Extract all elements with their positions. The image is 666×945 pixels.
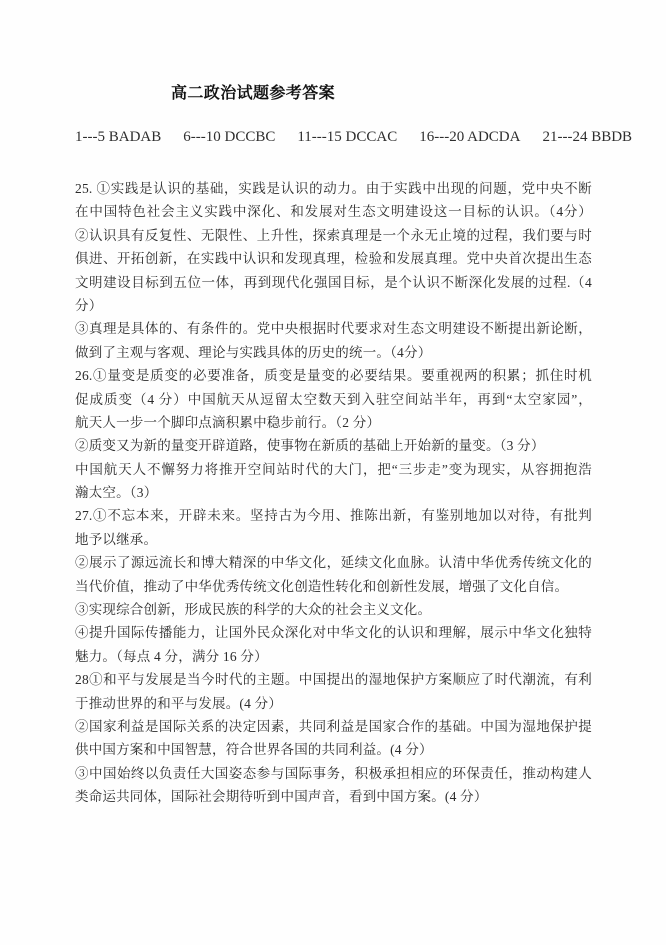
text-line: 28①和平与发展是当今时代的主题。中国提出的湿地保护方案顺应了时代潮流，有利 bbox=[75, 668, 592, 691]
answer-key-segment: 1---5 BADAB bbox=[75, 129, 161, 146]
text-line: 瀚太空。（3） bbox=[75, 481, 592, 504]
text-line: 俱进、开拓创新，在实践中认识和发现真理，检验和发展真理。党中央首次提出生态 bbox=[75, 247, 592, 270]
text-line: 航天人一步一个脚印点滴积累中稳步前行。（2 分） bbox=[75, 411, 592, 434]
text-line: 26.①量变是质变的必要准备，质变是量变的必要结果。要重视两的积累；抓住时机 bbox=[75, 364, 592, 387]
question-27-block: 27.①不忘本来，开辟未来。坚持古为今用、推陈出新，有鉴别地加以对待，有批判 地… bbox=[75, 504, 592, 668]
question-26-block: 26.①量变是质变的必要准备，质变是量变的必要结果。要重视两的积累；抓住时机 促… bbox=[75, 364, 592, 504]
text-line: 于推动世界的和平与发展。(4 分） bbox=[75, 692, 592, 715]
text-line: ②国家利益是国际关系的决定因素，共同利益是国家合作的基础。中国为湿地保护提 bbox=[75, 715, 592, 738]
answers-body: 25. ①实践是认识的基础，实践是认识的动力。由于实践中出现的问题，党中央不断 … bbox=[75, 177, 592, 809]
text-line: 魅力。（每点 4 分，满分 16 分） bbox=[75, 645, 592, 668]
page-title: 高二政治试题参考答案 bbox=[171, 80, 335, 103]
text-line: ②认识具有反复性、无限性、上升性，探索真理是一个永无止境的过程，我们要与时 bbox=[75, 224, 592, 247]
question-25-block: 25. ①实践是认识的基础，实践是认识的动力。由于实践中出现的问题，党中央不断 … bbox=[75, 177, 592, 364]
text-line: 中国航天人不懈努力将推开空间站时代的大门，把“三步走”变为现实，从容拥抱浩 bbox=[75, 458, 592, 481]
text-line: ③实现综合创新，形成民族的科学的大众的社会主义文化。 bbox=[75, 598, 592, 621]
answer-key-segment: 11---15 DCCAC bbox=[297, 129, 397, 146]
answer-key-segment: 6---10 DCCBC bbox=[183, 129, 275, 146]
text-line: ④提升国际传播能力，让国外民众深化对中华文化的认识和理解，展示中华文化独特 bbox=[75, 621, 592, 644]
answer-key-segment: 16---20 ADCDA bbox=[419, 129, 520, 146]
text-line: 在中国特色社会主义实践中深化、和发展对生态文明建设这一目标的认识。（4分） bbox=[75, 200, 592, 223]
text-line: ③中国始终以负责任大国姿态参与国际事务，积极承担相应的环保责任，推动构建人 bbox=[75, 762, 592, 785]
text-line: 分） bbox=[75, 294, 592, 317]
text-line: 27.①不忘本来，开辟未来。坚持古为今用、推陈出新，有鉴别地加以对待，有批判 bbox=[75, 504, 592, 527]
answer-key-segment: 21---24 BBDB bbox=[542, 129, 632, 146]
text-line: 促成质变（4 分）中国航天从逗留太空数天到入驻空间站半年，再到“太空家园”， bbox=[75, 388, 592, 411]
text-line: ②展示了源远流长和博大精深的中华文化，延续文化血脉。认清中华优秀传统文化的 bbox=[75, 551, 592, 574]
text-line: 类命运共同体，国际社会期待听到中国声音，看到中国方案。(4 分） bbox=[75, 785, 592, 808]
text-line: 当代价值，推动了中华优秀传统文化创造性转化和创新性发展，增强了文化自信。 bbox=[75, 575, 592, 598]
text-line: 做到了主观与客观、理论与实践具体的历史的统一。（4分） bbox=[75, 341, 592, 364]
text-line: ②质变又为新的量变开辟道路，使事物在新质的基础上开始新的量变。（3 分） bbox=[75, 434, 592, 457]
text-line: 文明建设目标到五位一体，再到现代化强国目标，是个认识不断深化发展的过程.（4 bbox=[75, 271, 592, 294]
document-page: 高二政治试题参考答案 1---5 BADAB 6---10 DCCBC 11--… bbox=[0, 0, 666, 945]
text-line: ③真理是具体的、有条件的。党中央根据时代要求对生态文明建设不断提出新论断， bbox=[75, 317, 592, 340]
text-line: 地予以继承。 bbox=[75, 528, 592, 551]
text-line: 供中国方案和中国智慧，符合世界各国的共同利益。(4 分） bbox=[75, 738, 592, 761]
answer-key-row: 1---5 BADAB 6---10 DCCBC 11---15 DCCAC 1… bbox=[75, 129, 592, 146]
question-28-block: 28①和平与发展是当今时代的主题。中国提出的湿地保护方案顺应了时代潮流，有利 于… bbox=[75, 668, 592, 808]
text-line: 25. ①实践是认识的基础，实践是认识的动力。由于实践中出现的问题，党中央不断 bbox=[75, 177, 592, 200]
